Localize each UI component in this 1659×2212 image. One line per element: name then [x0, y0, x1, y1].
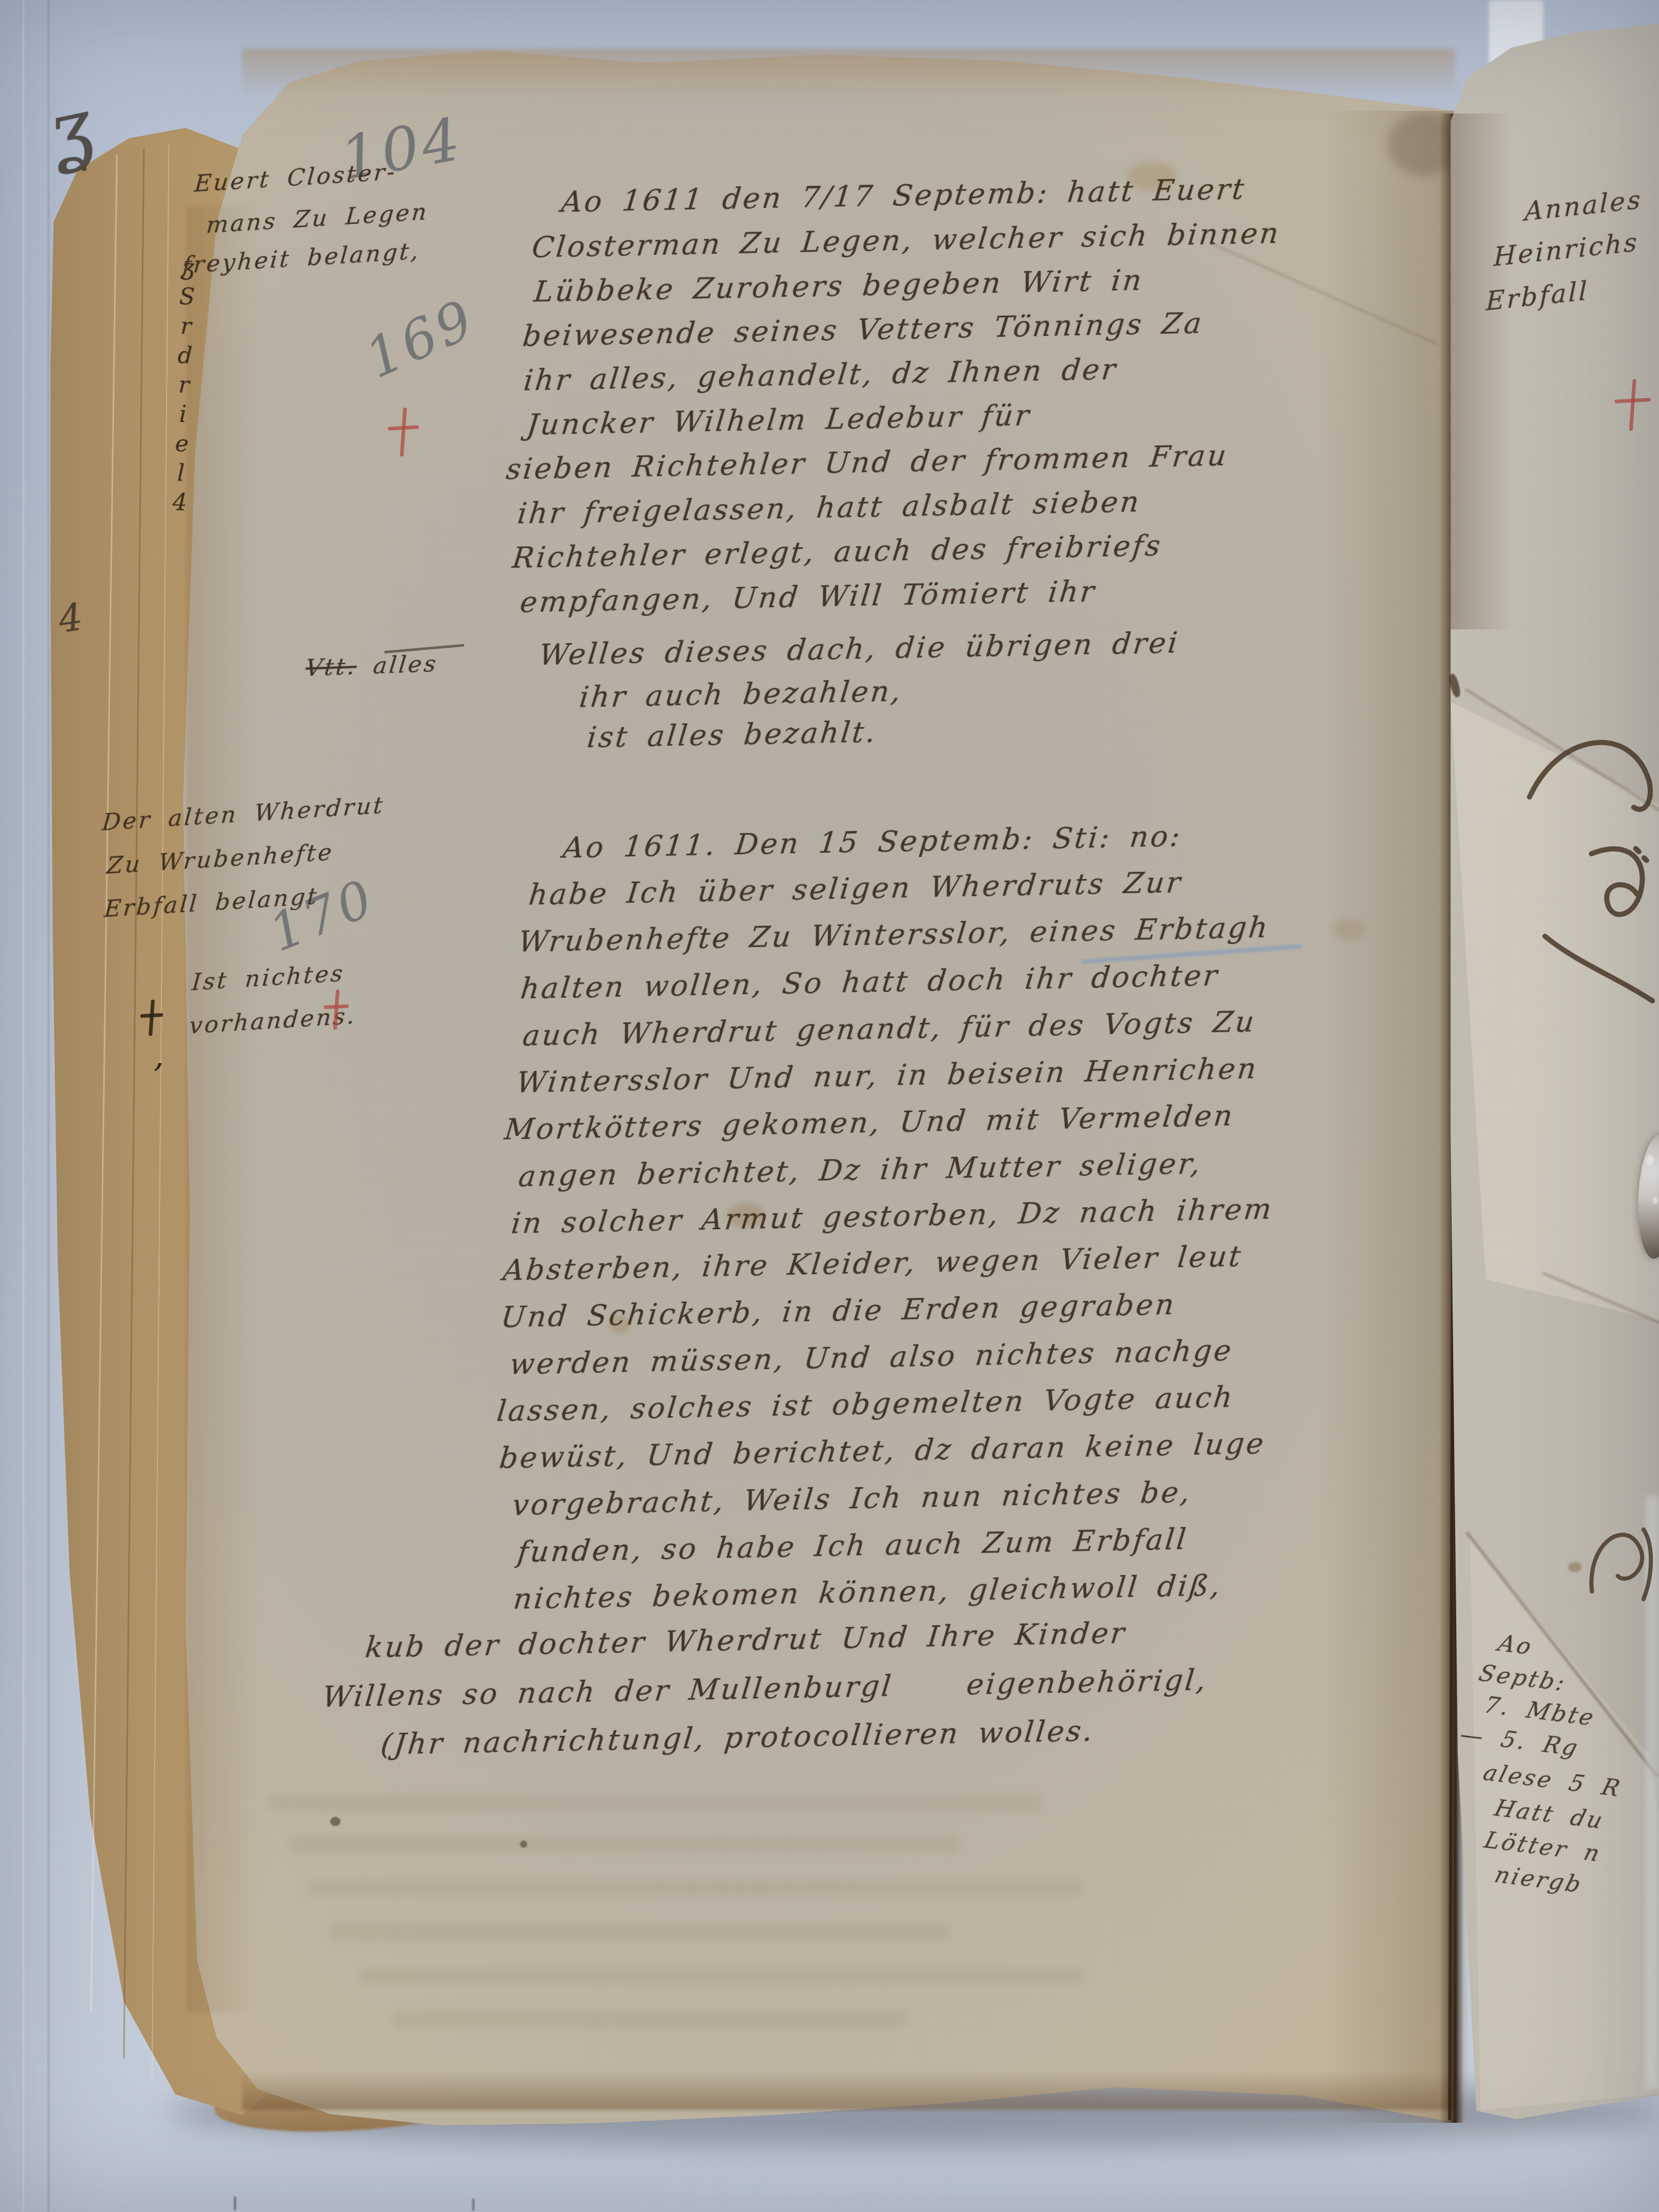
bleedthrough-line: [289, 1836, 959, 1852]
right-page-corner-note: Ao Septb: 7. Mbte — 5. Rg alese 5 R Hatt…: [1443, 1628, 1659, 1937]
corner-note-line: niergb: [1492, 1862, 1586, 1898]
bleedthrough-line: [361, 1968, 1083, 1983]
right-page-gutter-shade: [1451, 113, 1512, 629]
bleedthrough-line: [330, 1924, 949, 1940]
vtt-alles-margin-note: Vtt. alles: [235, 622, 442, 711]
red-cross-mark: [1615, 379, 1651, 431]
surface-tick-mark: [472, 2199, 475, 2211]
corner-note-line: Ao: [1495, 1631, 1536, 1661]
corner-note-line: Hatt du: [1491, 1795, 1607, 1834]
red-cross-mark: [388, 408, 419, 457]
vtt-rest-word: alles: [372, 649, 440, 679]
paper-stain: [1333, 919, 1364, 940]
paper-speck: [330, 1817, 340, 1826]
corner-note-line: Lötter n: [1482, 1827, 1604, 1867]
pen-flourish-small: [1582, 1514, 1659, 1612]
manuscript-photo: ʓ ʒSrdriel4 4 104 169 170 Euert Closter-…: [0, 0, 1659, 2212]
right-page-stain: [1568, 1562, 1582, 1572]
entry1-closing-line: ihr auch bezahlen,: [578, 675, 904, 714]
left-page-left-edge-shade: [186, 206, 258, 2012]
left-page-bottom-edge-tint: [242, 2071, 1455, 2110]
left-page-gutter-shade: [1321, 111, 1457, 2123]
background-seam-line: [47, 0, 50, 2212]
seal-glint: [1652, 1197, 1658, 1205]
red-cross-mark: [324, 989, 349, 1030]
black-cross-mark: [140, 1000, 163, 1036]
margin-comma-mark: ,: [154, 1037, 166, 1075]
paper-speck: [520, 1841, 527, 1848]
entry1-closing-line: ist alles bezahlt.: [585, 715, 879, 755]
pen-flourish-large: [1514, 720, 1659, 1009]
bleedthrough-line: [310, 1880, 1083, 1896]
background-seam-line-2: [23, 0, 24, 2212]
vtt-struck-word: Vtt.: [304, 653, 359, 682]
surface-tick-mark: [234, 2197, 236, 2210]
seal-glint: [1646, 1155, 1654, 1166]
corner-note-line: Septb:: [1476, 1661, 1569, 1697]
bleedthrough-line: [392, 2012, 908, 2027]
left-page-top-edge-tint: [242, 49, 1455, 98]
bleedthrough-line: [268, 1795, 1042, 1811]
